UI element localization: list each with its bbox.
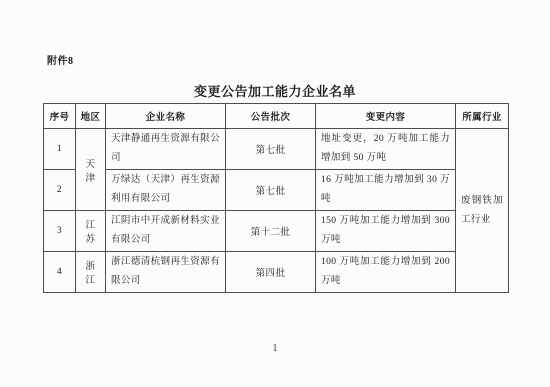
cell-batch: 第四批: [226, 252, 316, 293]
col-header-region: 地区: [76, 104, 106, 129]
col-header-industry: 所属行业: [456, 104, 509, 129]
page-title: 变更公告加工能力企业名单: [0, 81, 550, 100]
cell-region: 天津: [76, 129, 106, 211]
cell-company: 浙江德清杭钢再生资源有限公司: [106, 252, 226, 293]
table-row: 2 万绿达（天津）再生资源利用有限公司 第七批 16 万吨加工能力增加到 30 …: [44, 170, 509, 211]
col-header-no: 序号: [44, 104, 76, 129]
table-header-row: 序号 地区 企业名称 公告批次 变更内容 所属行业: [44, 104, 509, 129]
cell-batch: 第七批: [226, 170, 316, 211]
col-header-company: 企业名称: [106, 104, 226, 129]
cell-company: 天津静通再生资源有限公司: [106, 129, 226, 170]
cell-change: 16 万吨加工能力增加到 30 万吨: [316, 170, 456, 211]
cell-change: 100 万吨加工能力增加到 200 万吨: [316, 252, 456, 293]
table-row: 1 天津 天津静通再生资源有限公司 第七批 地址变更，20 万吨加工能力增加到 …: [44, 129, 509, 170]
page-number: 1: [0, 343, 550, 354]
cell-region: 浙江: [76, 252, 106, 293]
cell-industry: 废钢铁加工行业: [456, 129, 509, 293]
cell-no: 4: [44, 252, 76, 293]
document-page: 附件8 变更公告加工能力企业名单 序号 地区 企业名称 公告批次 变更内容 所属…: [0, 0, 550, 387]
cell-no: 3: [44, 211, 76, 252]
col-header-batch: 公告批次: [226, 104, 316, 129]
cell-change: 地址变更，20 万吨加工能力增加到 50 万吨: [316, 129, 456, 170]
table-row: 4 浙江 浙江德清杭钢再生资源有限公司 第四批 100 万吨加工能力增加到 20…: [44, 252, 509, 293]
enterprise-table: 序号 地区 企业名称 公告批次 变更内容 所属行业 1 天津 天津静通再生资源有…: [43, 103, 509, 293]
col-header-change: 变更内容: [316, 104, 456, 129]
table-row: 3 江苏 江阴市中开成新材料实业有限公司 第十二批 150 万吨加工能力增加到 …: [44, 211, 509, 252]
attachment-label: 附件8: [47, 52, 74, 67]
cell-change: 150 万吨加工能力增加到 300 万吨: [316, 211, 456, 252]
cell-no: 1: [44, 129, 76, 170]
cell-batch: 第七批: [226, 129, 316, 170]
cell-company: 万绿达（天津）再生资源利用有限公司: [106, 170, 226, 211]
cell-region: 江苏: [76, 211, 106, 252]
cell-batch: 第十二批: [226, 211, 316, 252]
cell-no: 2: [44, 170, 76, 211]
cell-company: 江阴市中开成新材料实业有限公司: [106, 211, 226, 252]
